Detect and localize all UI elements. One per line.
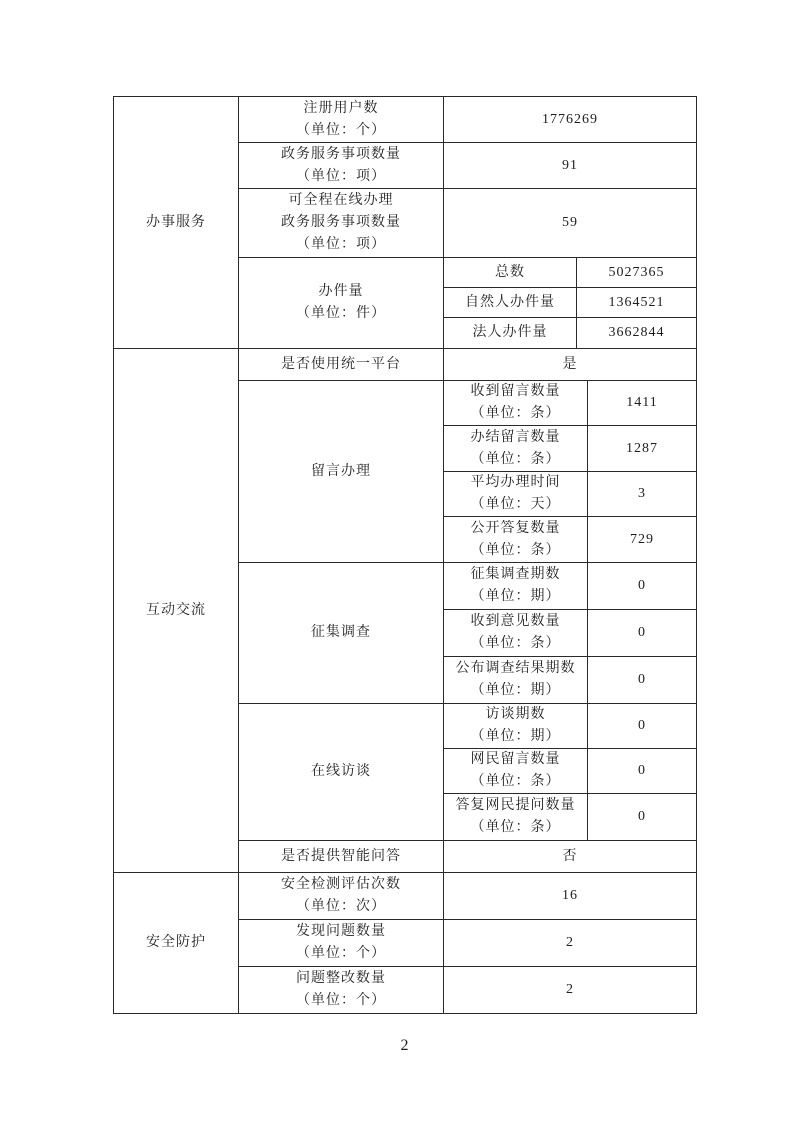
unit-line: （单位：个） bbox=[239, 990, 443, 1012]
section-security: 安全防护 安全检测评估次数 （单位：次） 16 发现问题数量 （单位：个） 2 … bbox=[114, 873, 697, 1014]
label-line: 收到留言数量 bbox=[444, 381, 587, 403]
submetric-label: 总数 bbox=[444, 258, 577, 288]
submetric-value: 0 bbox=[588, 657, 697, 704]
metric-label: 是否提供智能问答 bbox=[239, 841, 444, 873]
section-label-text: 办事服务 bbox=[114, 212, 238, 234]
submetric-value: 0 bbox=[588, 704, 697, 749]
submetric-label: 征集调查期数 （单位：期） bbox=[444, 563, 588, 610]
unit-line: （单位：条） bbox=[444, 403, 587, 425]
submetric-label: 公布调查结果期数 （单位：期） bbox=[444, 657, 588, 704]
submetric-value: 0 bbox=[588, 794, 697, 841]
submetric-value: 3 bbox=[588, 472, 697, 517]
submetric-value: 3662844 bbox=[577, 318, 697, 349]
submetric-value: 1364521 bbox=[577, 288, 697, 318]
metric-label: 安全检测评估次数 （单位：次） bbox=[239, 873, 444, 920]
label-line: 征集调查期数 bbox=[444, 564, 587, 586]
submetric-value: 1411 bbox=[588, 381, 697, 426]
section-interaction: 互动交流 是否使用统一平台 是 留言办理 收到留言数量 （单位：条） 1411 bbox=[114, 349, 697, 873]
metric-value: 2 bbox=[444, 920, 697, 967]
unit-line: （单位：期） bbox=[444, 726, 587, 748]
label-line: 自然人办件量 bbox=[444, 292, 576, 314]
page-number: 2 bbox=[113, 1037, 696, 1055]
unit-line: （单位：件） bbox=[239, 303, 443, 325]
label-line: 是否提供智能问答 bbox=[239, 846, 443, 868]
submetric-label: 访谈期数 （单位：期） bbox=[444, 704, 588, 749]
unit-line: （单位：项） bbox=[239, 234, 443, 256]
unit-line: （单位：天） bbox=[444, 494, 587, 516]
unit-line: （单位：期） bbox=[444, 680, 587, 702]
group-label: 在线访谈 bbox=[239, 704, 444, 841]
unit-line: （单位：条） bbox=[444, 817, 587, 839]
label-line: 问题整改数量 bbox=[239, 968, 443, 990]
group-label: 办件量 （单位：件） bbox=[239, 258, 444, 349]
metric-value: 16 bbox=[444, 873, 697, 920]
submetric-label: 答复网民提问数量 （单位：条） bbox=[444, 794, 588, 841]
submetric-value: 0 bbox=[588, 749, 697, 794]
metric-label: 问题整改数量 （单位：个） bbox=[239, 967, 444, 1014]
label-line: 发现问题数量 bbox=[239, 921, 443, 943]
submetric-value: 729 bbox=[588, 517, 697, 563]
report-table: 办事服务 注册用户数 （单位：个） 1776269 政务服务事项数量 （单位：项… bbox=[113, 96, 697, 1014]
group-label: 征集调查 bbox=[239, 563, 444, 704]
label-line: 是否使用统一平台 bbox=[239, 354, 443, 376]
label-line: 法人办件量 bbox=[444, 322, 576, 344]
submetric-label: 收到意见数量 （单位：条） bbox=[444, 610, 588, 657]
section-service: 办事服务 注册用户数 （单位：个） 1776269 政务服务事项数量 （单位：项… bbox=[114, 97, 697, 349]
label-line: 收到意见数量 bbox=[444, 611, 587, 633]
unit-line: （单位：条） bbox=[444, 449, 587, 471]
metric-label: 政务服务事项数量 （单位：项） bbox=[239, 143, 444, 189]
submetric-label: 收到留言数量 （单位：条） bbox=[444, 381, 588, 426]
section-label-text: 安全防护 bbox=[114, 932, 238, 954]
label-line: 政务服务事项数量 bbox=[239, 144, 443, 166]
metric-value: 否 bbox=[444, 841, 697, 873]
label-line: 公布调查结果期数 bbox=[444, 658, 587, 680]
label-line: 办结留言数量 bbox=[444, 427, 587, 449]
submetric-label: 公开答复数量 （单位：条） bbox=[444, 517, 588, 563]
unit-line: （单位：条） bbox=[444, 540, 587, 562]
label-line: 政务服务事项数量 bbox=[239, 212, 443, 234]
unit-line: （单位：个） bbox=[239, 120, 443, 142]
unit-line: （单位：条） bbox=[444, 771, 587, 793]
submetric-value: 1287 bbox=[588, 426, 697, 472]
label-line: 总数 bbox=[444, 262, 576, 284]
label-line: 办件量 bbox=[239, 281, 443, 303]
unit-line: （单位：个） bbox=[239, 943, 443, 965]
submetric-label: 平均办理时间 （单位：天） bbox=[444, 472, 588, 517]
submetric-value: 5027365 bbox=[577, 258, 697, 288]
metric-label: 是否使用统一平台 bbox=[239, 349, 444, 381]
label-line: 注册用户数 bbox=[239, 98, 443, 120]
label-line: 留言办理 bbox=[239, 461, 443, 483]
metric-label: 可全程在线办理 政务服务事项数量 （单位：项） bbox=[239, 189, 444, 258]
section-label-security: 安全防护 bbox=[114, 873, 239, 1014]
submetric-label: 网民留言数量 （单位：条） bbox=[444, 749, 588, 794]
unit-line: （单位：条） bbox=[444, 633, 587, 655]
label-line: 在线访谈 bbox=[239, 761, 443, 783]
submetric-value: 0 bbox=[588, 610, 697, 657]
submetric-label: 法人办件量 bbox=[444, 318, 577, 349]
group-label: 留言办理 bbox=[239, 381, 444, 563]
unit-line: （单位：项） bbox=[239, 166, 443, 188]
metric-value: 91 bbox=[444, 143, 697, 189]
submetric-value: 0 bbox=[588, 563, 697, 610]
label-line: 公开答复数量 bbox=[444, 518, 587, 540]
label-line: 网民留言数量 bbox=[444, 749, 587, 771]
label-line: 答复网民提问数量 bbox=[444, 795, 587, 817]
metric-label: 注册用户数 （单位：个） bbox=[239, 97, 444, 143]
unit-line: （单位：期） bbox=[444, 586, 587, 608]
submetric-label: 办结留言数量 （单位：条） bbox=[444, 426, 588, 472]
submetric-label: 自然人办件量 bbox=[444, 288, 577, 318]
label-line: 访谈期数 bbox=[444, 704, 587, 726]
metric-value: 2 bbox=[444, 967, 697, 1014]
label-line: 征集调查 bbox=[239, 622, 443, 644]
metric-value: 1776269 bbox=[444, 97, 697, 143]
label-line: 平均办理时间 bbox=[444, 472, 587, 494]
metric-label: 发现问题数量 （单位：个） bbox=[239, 920, 444, 967]
metric-value: 59 bbox=[444, 189, 697, 258]
label-line: 可全程在线办理 bbox=[239, 190, 443, 212]
metric-value: 是 bbox=[444, 349, 697, 381]
section-label-text: 互动交流 bbox=[114, 600, 238, 622]
label-line: 安全检测评估次数 bbox=[239, 874, 443, 896]
document-page: 办事服务 注册用户数 （单位：个） 1776269 政务服务事项数量 （单位：项… bbox=[0, 0, 793, 1122]
section-label-service: 办事服务 bbox=[114, 97, 239, 349]
unit-line: （单位：次） bbox=[239, 896, 443, 918]
section-label-interaction: 互动交流 bbox=[114, 349, 239, 873]
